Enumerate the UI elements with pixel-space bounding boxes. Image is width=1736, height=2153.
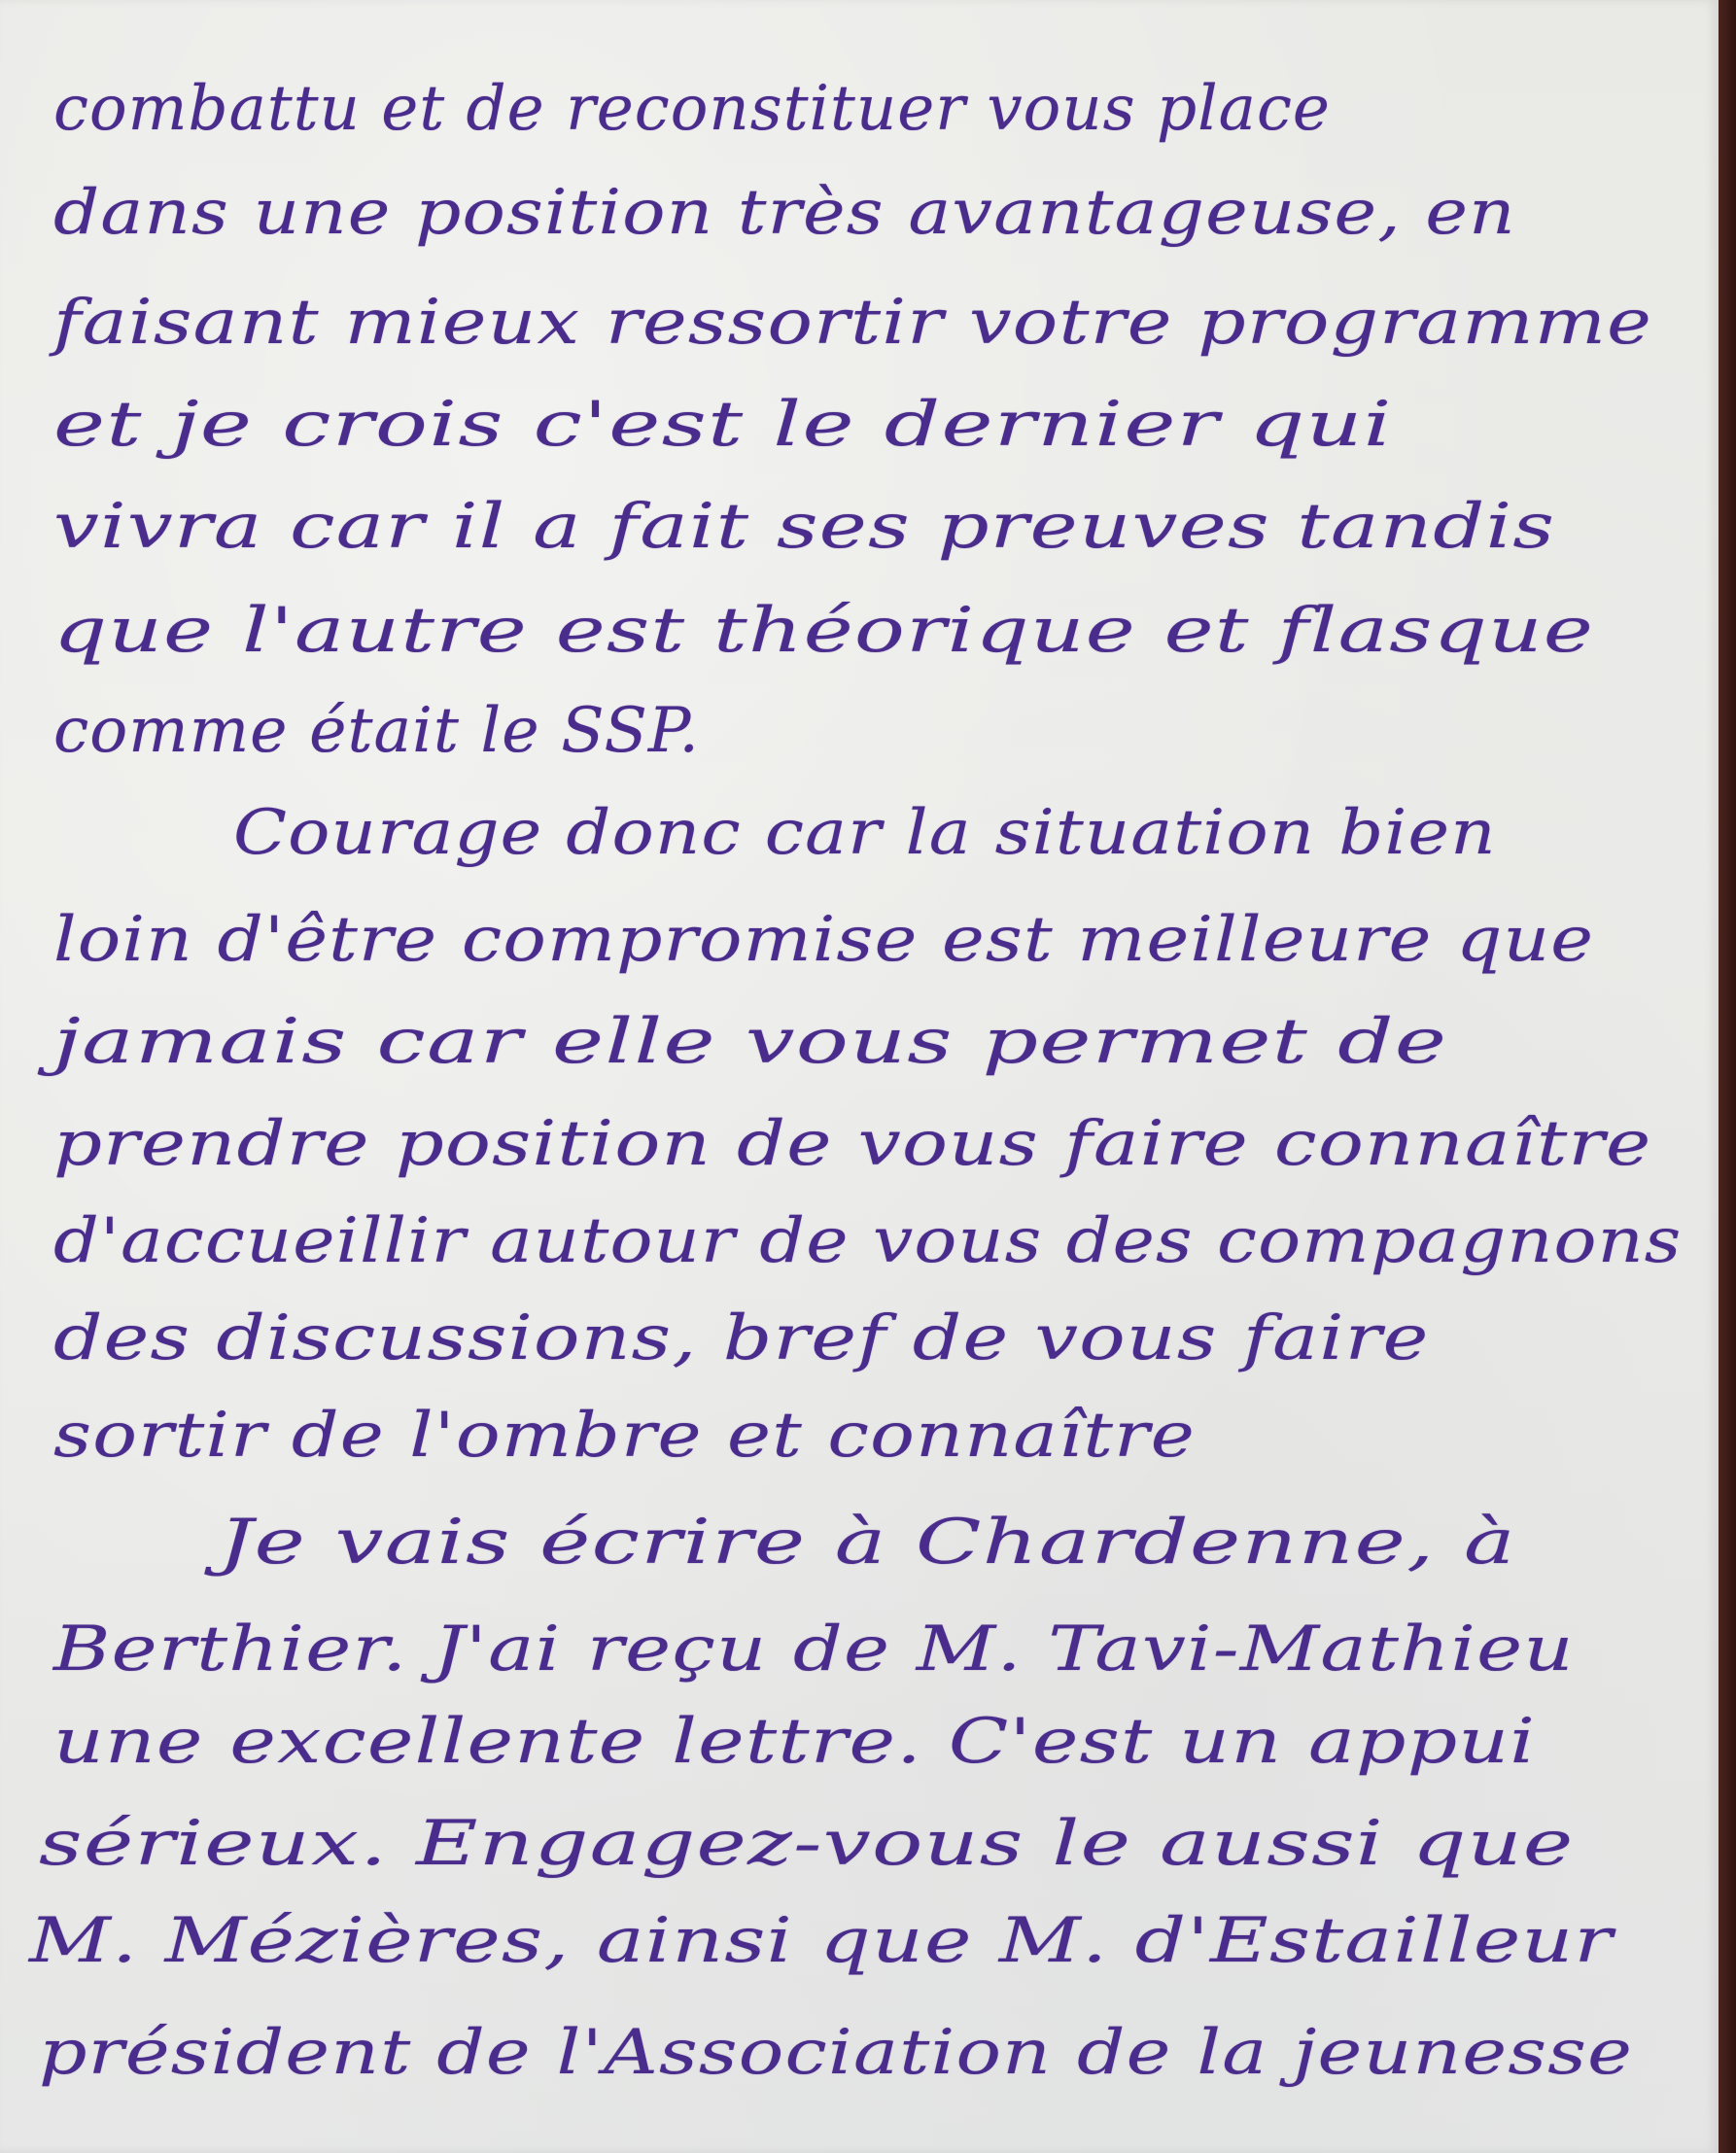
letter-line: loin d'être compromise est meilleure que: [53, 904, 1594, 976]
letter-line: combattu et de reconstituer vous place: [53, 73, 1516, 145]
letter-page: combattu et de reconstituer vous place d…: [0, 0, 1719, 2153]
letter-line: Courage donc car la situation bien: [233, 797, 1497, 869]
letter-line: faisant mieux ressortir votre programme: [53, 287, 1652, 359]
letter-line: M. Mézières, ainsi que M. d'Estailleur: [29, 1905, 1614, 1977]
letter-line: une excellente lettre. C'est un appui: [53, 1706, 1536, 1778]
page-edge-background: [1719, 0, 1736, 2153]
letter-line: prendre position de vous faire connaître: [53, 1108, 1651, 1180]
letter-line: et je crois c'est le dernier qui: [53, 389, 1393, 461]
letter-line: que l'autre est théorique et flasque: [53, 595, 1594, 667]
letter-line: dans une position très avantageuse, en: [53, 177, 1516, 249]
letter-line: Je vais écrire à Chardenne, à: [219, 1507, 1516, 1579]
letter-line: sérieux. Engagez-vous le aussi que: [39, 1808, 1574, 1880]
letter-line: jamais car elle vous permet de: [53, 1006, 1447, 1078]
letter-line: Berthier. J'ai reçu de M. Tavi-Mathieu: [53, 1614, 1575, 1685]
letter-line: vivra car il a fait ses preuves tandis: [53, 491, 1555, 563]
letter-line: sortir de l'ombre et connaître: [53, 1400, 1196, 1472]
letter-line: d'accueillir autour de vous des compagno…: [53, 1205, 1682, 1277]
letter-line: des discussions, bref de vous faire: [53, 1302, 1429, 1374]
letter-line: comme était le SSP.: [53, 695, 700, 767]
letter-body: combattu et de reconstituer vous place d…: [0, 0, 1719, 2153]
letter-line: président de l'Association de la jeuness…: [39, 2017, 1633, 2089]
